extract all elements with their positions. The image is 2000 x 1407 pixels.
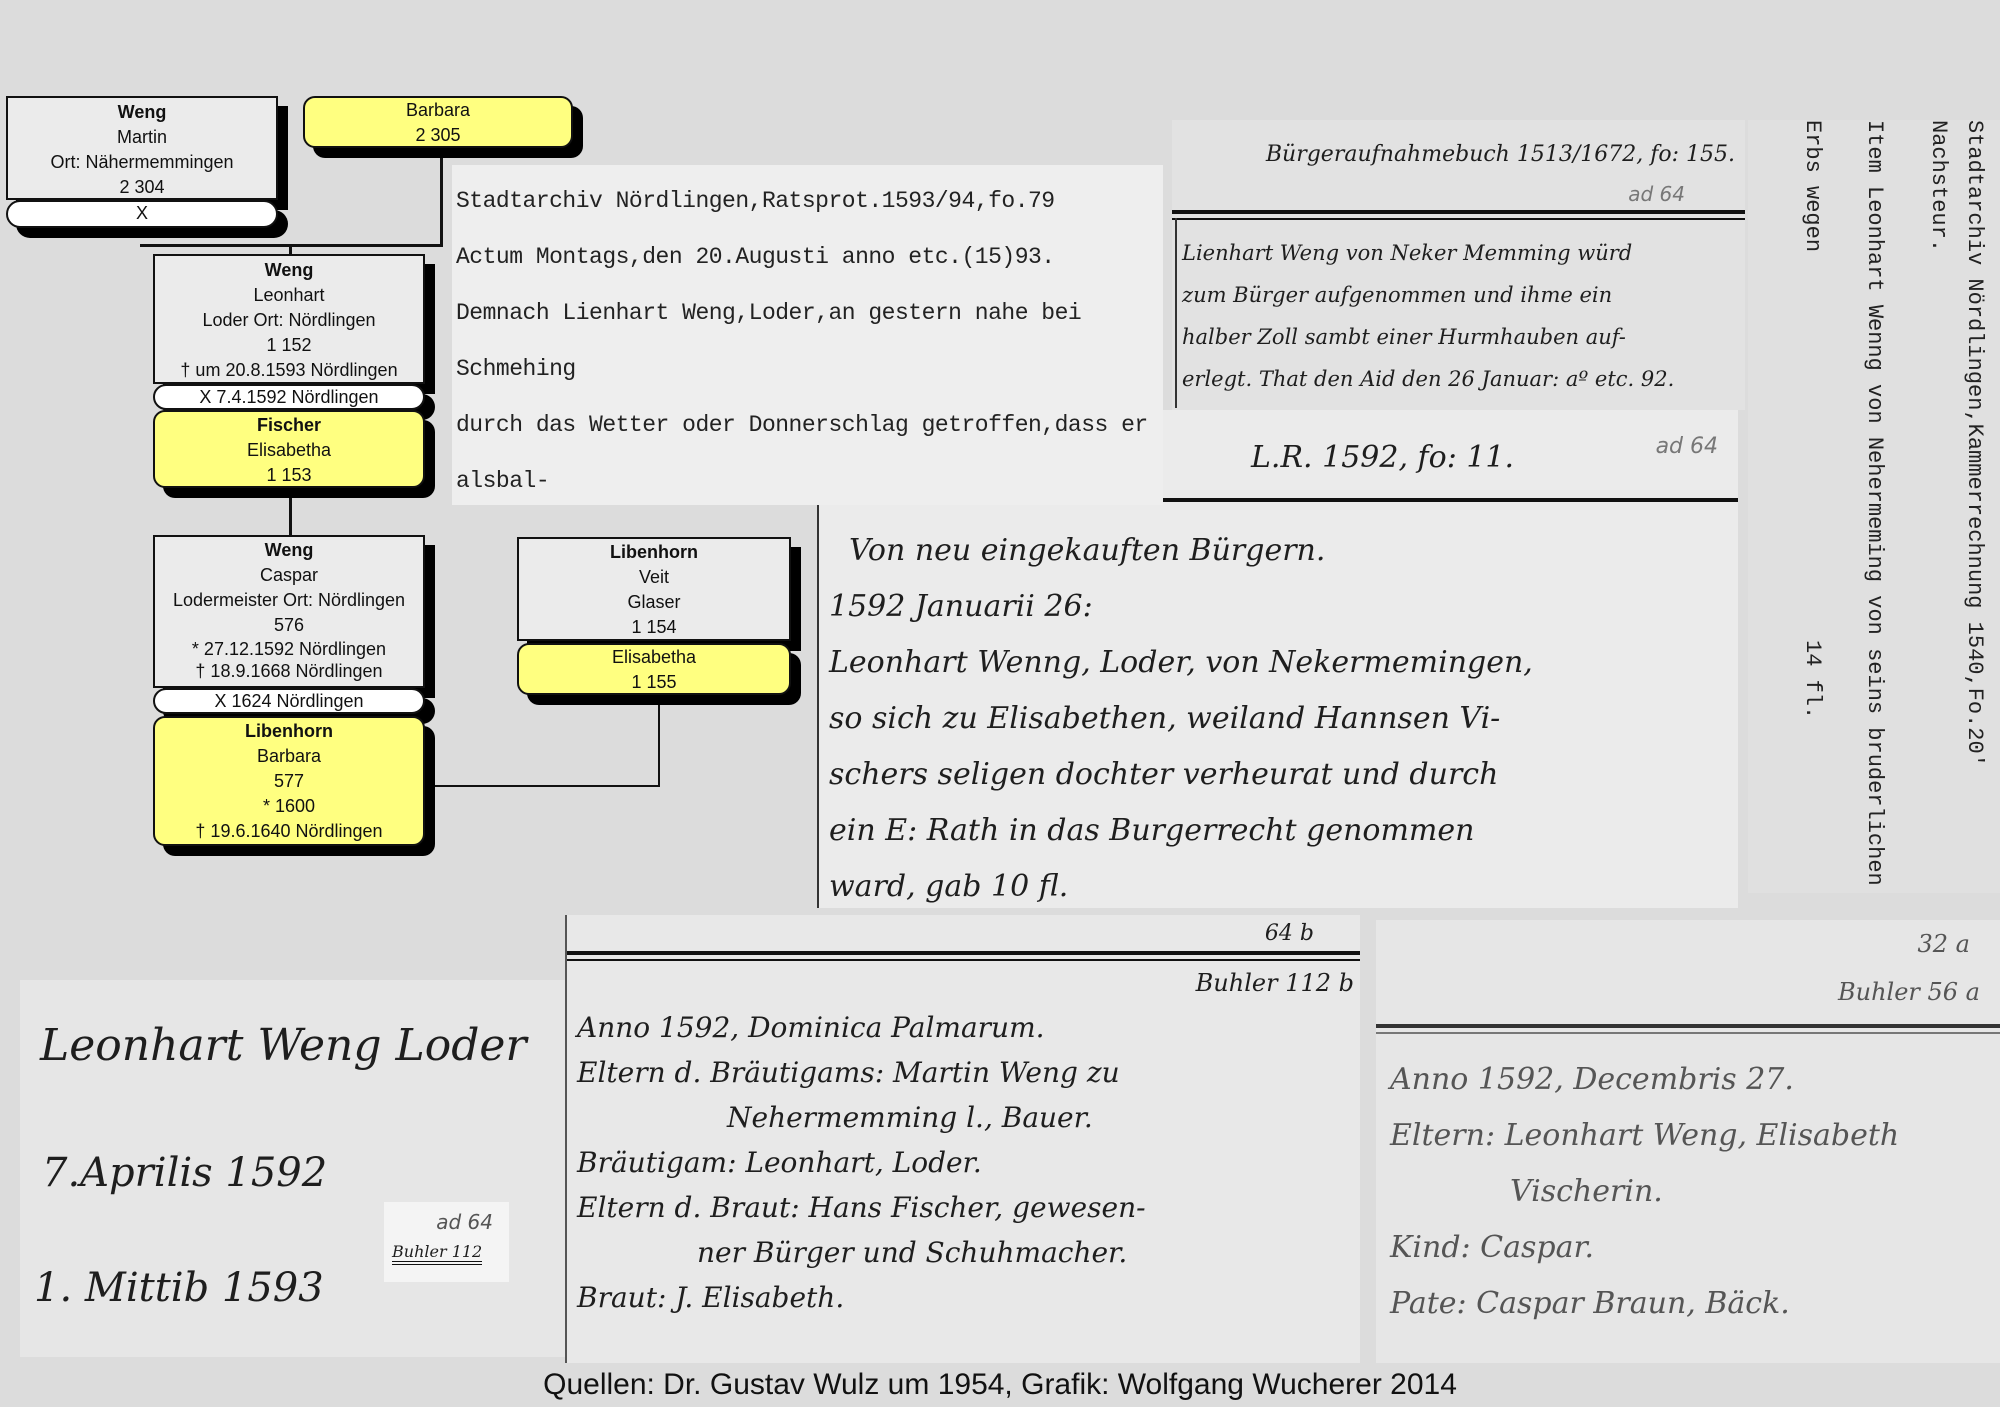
person-box-barbara-libenhorn[interactable]: Libenhorn Barbara 577 * 1600 † 19.6.1640… <box>153 716 425 846</box>
given-name: Elisabetha <box>155 438 423 463</box>
doc-line: Braut: J. Elisabeth. <box>577 1275 1146 1320</box>
doc-line: Leonhart Wenng, Loder, von Nekermemingen… <box>829 635 1738 691</box>
sticker-ref: Buhler 112 <box>392 1242 482 1265</box>
surname: Weng <box>8 100 276 125</box>
doc-line: Eltern: Leonhart Weng, Elisabeth <box>1390 1108 1899 1164</box>
connector-line <box>658 703 660 787</box>
doc-line: Actum Montags,den 20.Augusti anno etc.(1… <box>456 229 1163 285</box>
doc-body: Lienhart Weng von Neker Memming würd zum… <box>1182 232 1674 400</box>
doc-line: 1. Mittib 1593 <box>34 1265 324 1311</box>
given-name: Veit <box>519 565 789 590</box>
person-box-leonhart-weng[interactable]: Weng Leonhart Loder Ort: Nördlingen 1 15… <box>153 254 425 384</box>
place: Loder Ort: Nördlingen <box>155 308 423 333</box>
card-ref: Buhler 112 b <box>1196 969 1354 997</box>
given-name: Barbara <box>305 98 571 123</box>
doc-card-middle: 64 b Buhler 112 b Anno 1592, Dominica Pa… <box>565 915 1360 1363</box>
death: † um 20.8.1593 Nördlingen <box>155 358 423 383</box>
doc-line: Stadtarchiv Nördlingen,Ratsprot.1593/94,… <box>456 173 1163 229</box>
doc-line: Anno 1592, Decembris 27. <box>1390 1052 1899 1108</box>
doc-line: ein E: Rath in das Burgerrecht genommen <box>829 803 1738 859</box>
doc-line: 1592 Januarii 26: <box>829 579 1738 635</box>
doc-line: 14 fl. <box>1794 640 1830 893</box>
label-sticker: ad 64 Buhler 112 <box>384 1202 509 1282</box>
person-id: 1 155 <box>519 670 789 695</box>
doc-line: Eltern d. Bräutigams: Martin Weng zu <box>577 1050 1146 1095</box>
surname: Libenhorn <box>155 719 423 744</box>
person-box-elisabetha-1155[interactable]: Elisabetha 1 155 <box>517 643 791 695</box>
doc-line: Kind: Caspar. <box>1390 1220 1899 1276</box>
doc-body-rotated: Stadtarchiv Nördlingen,Kammerrechnung 15… <box>1748 120 2000 893</box>
doc-line: Leonhart Weng Loder <box>40 1020 526 1071</box>
person-id: 1 154 <box>519 615 789 640</box>
doc-line: Stadtarchiv Nördlingen,Kammerrechnung 15… <box>1956 120 1992 893</box>
source-caption: Quellen: Dr. Gustav Wulz um 1954, Grafik… <box>0 1368 2000 1402</box>
doc-line: Eltern d. Braut: Hans Fischer, gewesen- <box>577 1185 1146 1230</box>
given-name: Martin <box>8 125 276 150</box>
border-line <box>1175 218 1177 408</box>
card-corner-number: 32 a <box>1918 930 1970 958</box>
person-id: 2 304 <box>8 175 276 200</box>
card-corner-number: 64 b <box>1265 921 1314 946</box>
card-body: Anno 1592, Dominica Palmarum. Eltern d. … <box>577 1005 1146 1320</box>
marriage-pill-leonhart: X 7.4.1592 Nördlingen <box>153 384 425 410</box>
doc-lr-strip: L.R. 1592, fo: 11. ad 64 <box>1163 410 1738 505</box>
connector-line <box>440 150 443 246</box>
doc-line: Nachsteur. <box>1920 120 1956 893</box>
place: Lodermeister Ort: Nördlingen <box>155 588 423 613</box>
doc-line: halber Zoll sambt einer Hurmhauben auf- <box>1182 316 1674 358</box>
death: † 18.9.1668 Nördlingen <box>155 660 423 682</box>
card-ref: Buhler 56 a <box>1838 978 1980 1006</box>
place: Ort: Nähermemmingen <box>8 150 276 175</box>
doc-card-right: 32 a Buhler 56 a Anno 1592, Decembris 27… <box>1376 920 2000 1363</box>
doc-line: ward, gab 10 fl. <box>829 859 1738 908</box>
person-id: 1 153 <box>155 463 423 488</box>
given-name: Barbara <box>155 744 423 769</box>
double-rule <box>1163 498 1738 505</box>
doc-line: zum Bürger aufgenommen und ihme ein <box>1182 274 1674 316</box>
doc-line: Vischerin. <box>1390 1164 1899 1220</box>
birth: * 1600 <box>155 794 423 819</box>
birth: * 27.12.1592 Nördlingen <box>155 638 423 660</box>
doc-note: ad 64 <box>1656 434 1718 459</box>
surname: Weng <box>155 538 423 563</box>
given-name: Caspar <box>155 563 423 588</box>
person-box-barbara-2305[interactable]: Barbara 2 305 <box>303 96 573 148</box>
doc-line: Bräutigam: Leonhart, Loder. <box>577 1140 1146 1185</box>
death: † 19.6.1640 Nördlingen <box>155 819 423 844</box>
person-id: 1 152 <box>155 333 423 358</box>
surname: Weng <box>155 258 423 283</box>
person-box-caspar-weng[interactable]: Weng Caspar Lodermeister Ort: Nördlingen… <box>153 535 425 688</box>
given-name: Leonhart <box>155 283 423 308</box>
connector-line <box>435 785 660 787</box>
doc-kammerrechnung: Stadtarchiv Nördlingen,Kammerrechnung 15… <box>1748 120 2000 893</box>
doc-line: 7.Aprilis 1592 <box>42 1150 327 1196</box>
doc-ratsprotokoll: Stadtarchiv Nördlingen,Ratsprot.1593/94,… <box>452 165 1163 505</box>
double-rule <box>1172 210 1745 220</box>
doc-ref: L.R. 1592, fo: 11. <box>1251 440 1514 475</box>
card-body: Anno 1592, Decembris 27. Eltern: Leonhar… <box>1390 1052 1899 1332</box>
marriage-pill-martin: X <box>6 200 278 228</box>
doc-note: ad 64 <box>1628 182 1685 206</box>
doc-neu-buerger: Von neu eingekauften Bürgern. 1592 Janua… <box>817 505 1738 908</box>
person-id: 2 305 <box>305 123 571 148</box>
person-id: 576 <box>155 613 423 638</box>
doc-line: Pate: Caspar Braun, Bäck. <box>1390 1276 1899 1332</box>
surname: Fischer <box>155 413 423 438</box>
doc-header: Bürgeraufnahmebuch 1513/1672, fo: 155. <box>1266 142 1735 167</box>
doc-line: Anno 1592, Dominica Palmarum. <box>577 1005 1146 1050</box>
surname: Libenhorn <box>519 540 789 565</box>
doc-line: schers seligen dochter verheurat und dur… <box>829 747 1738 803</box>
doc-line: ner Bürger und Schuhmacher. <box>577 1230 1146 1275</box>
double-rule <box>1376 1024 2000 1034</box>
doc-line: Nehermemming l., Bauer. <box>577 1095 1146 1140</box>
given-name: Elisabetha <box>519 645 789 670</box>
doc-line: Von neu eingekauften Bürgern. <box>829 523 1738 579</box>
marriage-pill-caspar: X 1624 Nördlingen <box>153 688 425 714</box>
person-id: 577 <box>155 769 423 794</box>
doc-line: Lienhart Weng von Neker Memming würd <box>1182 232 1674 274</box>
person-box-elisabetha-fischer[interactable]: Fischer Elisabetha 1 153 <box>153 410 425 488</box>
person-box-martin-weng[interactable]: Weng Martin Ort: Nähermemmingen 2 304 <box>6 96 278 200</box>
doc-line: Item Leonhart Wenng von Nehermeming von … <box>1856 120 1892 893</box>
doc-line: Demnach Lienhart Weng,Loder,an gestern n… <box>456 285 1163 397</box>
sticker-note: ad 64 <box>436 1210 493 1234</box>
doc-card-left: Leonhart Weng Loder 7.Aprilis 1592 1. Mi… <box>20 980 565 1357</box>
doc-line: erlegt. That den Aid den 26 Januar: aº e… <box>1182 358 1674 400</box>
person-box-veit-libenhorn[interactable]: Libenhorn Veit Glaser 1 154 <box>517 537 791 641</box>
occupation: Glaser <box>519 590 789 615</box>
doc-buergeraufnahmebuch: Bürgeraufnahmebuch 1513/1672, fo: 155. a… <box>1172 120 1745 410</box>
double-rule <box>567 951 1360 961</box>
doc-line: so sich zu Elisabethen, weiland Hannsen … <box>829 691 1738 747</box>
doc-line: durch das Wetter oder Donnerschlag getro… <box>456 397 1163 505</box>
connector-line <box>289 496 292 536</box>
